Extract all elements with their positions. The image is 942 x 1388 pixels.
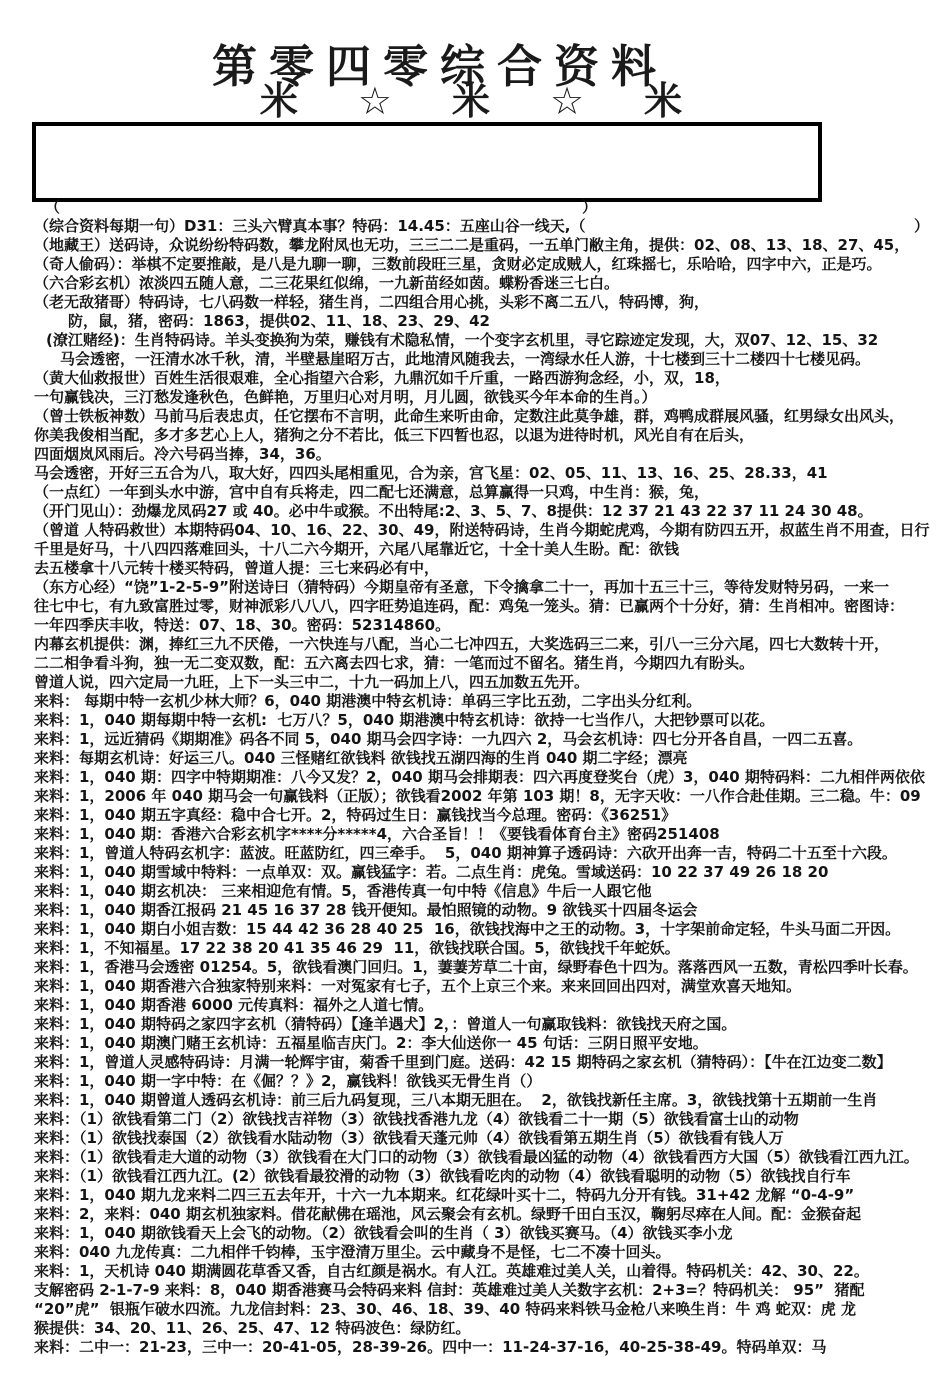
text-line-content: 来料：1，香港马会透密 01254。5，欲钱看澳门回归。1，萋萋芳草二十亩，绿野… [34, 958, 918, 977]
text-line: 来料：1，040 期曾道人透码玄机诗：前三后九码复现，三八本期无胆在。 2，欲钱… [34, 1091, 936, 1110]
text-line-content: 支解密码 2-1-7-9 来料：8，040 期香港赛马会特码来料 信封：英雄难过… [34, 1281, 864, 1300]
text-line: 二二相争看斗狗，独一无二变双数，配：五六离去四七求，猜：一笔而过不留名。猪生肖，… [34, 654, 936, 673]
text-line: 来料：1，040 期香江报码 21 45 16 37 28 钱开便知。最怕照镜的… [34, 901, 936, 920]
text-line-content: （曾道 人特码救世）本期特码04、10、16、22、30、49，附送特码诗，生肖… [34, 521, 929, 540]
text-line-content: 来料：1，2006 年 040 期马会一句赢钱料（正版）；欲钱看2002 年第 … [34, 787, 921, 806]
text-line: 来料：1，040 期每期中特一玄机: 七万八？5，040 期港澳中特玄机诗：欲持… [34, 711, 936, 730]
text-line: (潦江赌经)：生肖特码诗。羊头变换狗为荣，赚钱有术隐私情，一个变字玄机里，寻它踪… [34, 331, 936, 350]
text-line: 千里是好马，十八四四落难回头，十八二六今期开，六尾八尾靠近它，十全十美人生盼。配… [34, 540, 936, 559]
text-line: （奇人偷码）：举棋不定要推敲，是八是九聊一聊，三数前段旺三星，贪财必定成贼人，红… [34, 255, 936, 274]
text-line: 来料：1，天机诗 040 期满圆花草香又香，自古红颜是祸水。有人江。英雄难过美人… [34, 1262, 936, 1281]
text-line: 内幕玄机提供：渊，捧红三九不厌倦，一六快连与八配，当心二七冲四五，大奖选码三二来… [34, 635, 936, 654]
text-line: （曾道 人特码救世）本期特码04、10、16、22、30、49，附送特码诗，生肖… [34, 521, 936, 540]
text-line-content: 来料：1，曾道人灵感特码诗：月满一轮辉宇宙，菊香千里到门庭。送码：42 15 期… [34, 1053, 892, 1072]
text-line: （东方心经）“饶”1-2-5-9”附送诗曰（猜特码）今期皇帝有圣意，下令擒拿二十… [34, 578, 936, 597]
text-line-content: 来料：1，040 期香江报码 21 45 16 37 28 钱开便知。最怕照镜的… [34, 901, 697, 920]
text-line: 去五楼拿十八元转十楼买特码，曾道人提：三七来码必有中， [34, 559, 936, 578]
text-line-content: （综合资料每期一句）D31：三头六臂真本事？特码：14.45：五座山谷一线天,（ [34, 217, 585, 236]
text-line-content: 防，鼠，猪，密码：1863，提供02、11、18、23、29、42 [34, 312, 490, 331]
text-line: 来料：二中一：21-23，三中一：20-41-05，28-39-26。四中一：1… [34, 1338, 936, 1357]
text-line: 来料：（1）欲钱看第二门（2）欲钱找吉祥物（3）欲钱找香港九龙（4）欲钱看二十一… [34, 1110, 936, 1129]
text-line: 来料：1，040 期雪域中特料：一点单双：双。赢钱猛字：若。二点生肖：虎兔。雪域… [34, 863, 936, 882]
text-line-content: 来料：1，040 期一字中特：在《倔？？》2，赢钱料！欲钱买无骨生肖（） [34, 1072, 541, 1091]
text-line: （开门见山）：劲爆龙凤码27 或 40。必中牛或猴。不出特尾:2、3、5、7、8… [34, 502, 936, 521]
empty-box [32, 122, 822, 202]
text-line: （） [34, 198, 936, 217]
text-line-content: 来料：1，040 期：四字中特期期准：八今又发？2，040 期马会排期表：四六再… [34, 768, 925, 787]
symbol-row: 米☆米☆米 [0, 82, 942, 120]
text-line-content: 千里是好马，十八四四落难回头，十八二六今期开，六尾八尾靠近它，十全十美人生盼。配… [34, 540, 679, 559]
text-line-content: 来料：1，040 期曾道人透码玄机诗：前三后九码复现，三八本期无胆在。 2，欲钱… [34, 1091, 877, 1110]
text-line: 来料：1，香港马会透密 01254。5，欲钱看澳门回归。1，萋萋芳草二十亩，绿野… [34, 958, 936, 977]
text-line: 你美我俊相当配，多才多艺心上人，猪狗之分不若比，低三下四暂也忍，以退为进待时机，… [34, 426, 936, 445]
asterisk-icon: 米 [260, 82, 298, 120]
text-line: 来料：1，040 期白小姐吉数：15 44 42 36 28 40 25 16，… [34, 920, 936, 939]
text-line-content: 来料：1，不知福星。17 22 38 20 41 35 46 29 11，欲钱找… [34, 939, 680, 958]
text-line-content: 来料：1，040 期每期中特一玄机: 七万八？5，040 期港澳中特玄机诗：欲持… [34, 711, 774, 730]
text-line: 往七中七，有九致富胜过零，财神派彩八八八，四字旺势追连码，配：鸡兔一笼头。猜：已… [34, 597, 936, 616]
text-line-content: 来料：（1）欲钱看走大道的动物（3）欲钱看在大门口的动物（3）欲钱看最凶猛的动物… [34, 1148, 919, 1167]
text-line: 马会透密，开好三五合为八，取大好，四四头尾相重见，合为亲，宫飞星：02、05、1… [34, 464, 936, 483]
text-line-content: 来料：1，040 期九龙来料二四三五去年开，十六一九本期来。红花绿叶买十二，特码… [34, 1186, 854, 1205]
asterisk-icon: 米 [452, 82, 490, 120]
text-line: 来料：1，040 期：四字中特期期准：八今又发？2，040 期马会排期表：四六再… [34, 768, 936, 787]
text-line: “20”虎” 银瓶乍破水四流。九龙信封料：23、30、46、18、39、40 特… [34, 1300, 936, 1319]
text-line-content: （曾士铁板神数）马前马后表忠贞，任它摆布不言明，此命生来听由命，定数注此莫争雄，… [34, 407, 904, 426]
text-line-content: （东方心经）“饶”1-2-5-9”附送诗曰（猜特码）今期皇帝有圣意，下令擒拿二十… [34, 578, 889, 597]
text-line-content: 来料： 每期中特一玄机少林大师？6，040 期港澳中特玄机诗：单码三字比五劲，二… [34, 692, 701, 711]
text-line: （老无敌猪哥）特码诗，七八码数一样轻，猪生肖，二四组合用心挑，头彩不离二五八，特… [34, 293, 936, 312]
text-line: 一年四季庆丰收，特送：07、18、30。密码：52314860。 [34, 616, 936, 635]
text-line: 来料：1，040 期香港六合独家特别来料：一对冤家有七子，五个上京三个来。来来回… [34, 977, 936, 996]
text-line: 猴提供：34、20、11、26、25、47、12 特码波色：绿防红。 [34, 1319, 936, 1338]
text-line-content: 二二相争看斗狗，独一无二变双数，配：五六离去四七求，猜：一笔而过不留名。猪生肖，… [34, 654, 754, 673]
text-line-content: 来料：1，040 期特码之家四字玄机（猜特码）【逢羊遇犬】2，：曾道人一句赢取钱… [34, 1015, 736, 1034]
text-line: 来料：1，040 期五字真经：稳中合七开。2，特码过生日：赢钱找当今总理。密码：… [34, 806, 936, 825]
text-line-content: 马会透密，开好三五合为八，取大好，四四头尾相重见，合为亲，宫飞星：02、05、1… [34, 464, 828, 483]
text-line-content: （六合彩玄机）浓淡四五随人意，二三花果红似绵，一九新苗经如茵。蝶粉香迷三七白。 [34, 274, 619, 293]
text-line: （六合彩玄机）浓淡四五随人意，二三花果红似绵，一九新苗经如茵。蝶粉香迷三七白。 [34, 274, 936, 293]
text-line: 来料：040 九龙传真：二九相伴千钧棒，玉宇澄清万里尘。云中藏身不是怪，七二不凑… [34, 1243, 936, 1262]
text-line-content: (潦江赌经)：生肖特码诗。羊头变换狗为荣，赚钱有术隐私情，一个变字玄机里，寻它踪… [34, 331, 878, 350]
text-line-content: 来料：二中一：21-23，三中一：20-41-05，28-39-26。四中一：1… [34, 1338, 826, 1357]
text-line-content: 来料：每期玄机诗：好运三八。040 三怪赌红欲钱料 欲钱找五湖四海的生肖 040… [34, 749, 688, 768]
text-line-content: 去五楼拿十八元转十楼买特码，曾道人提：三七来码必有中， [34, 559, 439, 578]
text-line-content: 来料：2，来料：040 期玄机独家料。借花献佛在瑶池，风云聚会有玄机。绿野千田白… [34, 1205, 861, 1224]
text-line-content: （黄大仙救报世）百姓生活很艰难，全心指望六合彩，九鼎沉如千斤重，一路西游狗念经，… [34, 369, 730, 388]
text-line: 来料：2，来料：040 期玄机独家料。借花献佛在瑶池，风云聚会有玄机。绿野千田白… [34, 1205, 936, 1224]
text-line: 来料：每期玄机诗：好运三八。040 三怪赌红欲钱料 欲钱找五湖四海的生肖 040… [34, 749, 936, 768]
text-line-content: 猴提供：34、20、11、26、25、47、12 特码波色：绿防红。 [34, 1319, 470, 1338]
text-line-content: 来料：1，040 期玄机决： 三来相迎危有情。5，香港传真一句中特《信息》牛后一… [34, 882, 652, 901]
text-line: 四面烟岚风雨后。冷六号码当捧，34，36。 [34, 445, 936, 464]
text-line-content: 来料：1，远近猜码《期期准》码各不同 5，040 期马会四字诗：一九四六 2，马… [34, 730, 862, 749]
text-line-content: 来料：1，040 期香港六合独家特别来料：一对冤家有七子，五个上京三个来。来来回… [34, 977, 801, 996]
text-line-content: 来料：1，040 期白小姐吉数：15 44 42 36 28 40 25 16，… [34, 920, 900, 939]
closing-paren: ） [582, 198, 597, 217]
text-line-content: 你美我俊相当配，多才多艺心上人，猪狗之分不若比，低三下四暂也忍，以退为进待时机，… [34, 426, 754, 445]
text-line: （一点红）一年到头水中游，宫中自有兵将走，四二配七还满意，总算赢得一只鸡，中生肖… [34, 483, 936, 502]
text-line: 防，鼠，猪，密码：1863，提供02、11、18、23、29、42 [34, 312, 936, 331]
text-line: 来料： 每期中特一玄机少林大师？6，040 期港澳中特玄机诗：单码三字比五劲，二… [34, 692, 936, 711]
text-line-content: 往七中七，有九致富胜过零，财神派彩八八八，四字旺势追连码，配：鸡兔一笼头。猜：已… [34, 597, 904, 616]
closing-paren: ） [914, 217, 929, 236]
text-line-content: 来料：1，040 期澳门赌王玄机诗：五福星临吉庆门。2：李大仙送你一 45 句话… [34, 1034, 708, 1053]
text-line-content: 来料：1，040 期雪域中特料：一点单双：双。赢钱猛字：若。二点生肖：虎兔。雪域… [34, 863, 828, 882]
text-line-content: 来料：1，天机诗 040 期满圆花草香又香，自古红颜是祸水。有人江。英雄难过美人… [34, 1262, 869, 1281]
text-line: 一句赢钱决，三汀愁发逢秋色，色鲜艳，万里归心对月明，月儿圆，欲钱买今年本命的生肖… [34, 388, 936, 407]
text-line-content: （ [34, 198, 60, 217]
text-line-content: 一句赢钱决，三汀愁发逢秋色，色鲜艳，万里归心对月明，月儿圆，欲钱买今年本命的生肖… [34, 388, 657, 407]
text-line-content: 马会透密，一汪清水冰千秋，清，半壁悬崖昭万古，此地清风随我去，一湾绿水任人游，十… [34, 350, 870, 369]
text-line-content: （老无敌猪哥）特码诗，七八码数一样轻，猪生肖，二四组合用心挑，头彩不离二五八，特… [34, 293, 709, 312]
text-line: （地藏王）送码诗，众说纷纷特码数，攀龙附凤也无功，三三二二是重码，一五单门敝主角… [34, 236, 936, 255]
text-line: 支解密码 2-1-7-9 来料：8，040 期香港赛马会特码来料 信封：英雄难过… [34, 1281, 936, 1300]
text-line: 来料：1，040 期香港 6000 元传真料：福外之人道七情。 [34, 996, 936, 1015]
text-line: 来料：（1）欲钱看走大道的动物（3）欲钱看在大门口的动物（3）欲钱看最凶猛的动物… [34, 1148, 936, 1167]
text-line: 来料：（1）欲钱看江西九江。(2）欲钱看最狡滑的动物（3）欲钱看吃肉的动物（4）… [34, 1167, 936, 1186]
asterisk-icon: 米 [644, 82, 682, 120]
text-line-content: “20”虎” 银瓶乍破水四流。九龙信封料：23、30、46、18、39、40 特… [34, 1300, 856, 1319]
text-line: 来料：（1）欲钱找泰国（2）欲钱看水陆动物（3）欲钱看天蓬元帅（4）欲钱看第五期… [34, 1129, 936, 1148]
text-line-content: （奇人偷码）：举棋不定要推敲，是八是九聊一聊，三数前段旺三星，贪财必定成贼人，红… [34, 255, 882, 274]
text-line-content: 来料：1，040 期：香港六合彩玄机字****分*****4，六合圣旨！！《要钱… [34, 825, 720, 844]
text-line-content: 来料：（1）欲钱看江西九江。(2）欲钱看最狡滑的动物（3）欲钱看吃肉的动物（4）… [34, 1167, 851, 1186]
text-line-content: 曾道人说，四六定局一九旺，上下一头三中二，十九一码加上八，四五加数五先开。 [34, 673, 589, 692]
text-line-content: 来料：1，040 期香港 6000 元传真料：福外之人道七情。 [34, 996, 433, 1015]
text-line: 来料：1，曾道人特码玄机字：蓝波。旺蓝防红，四三牵手。 5，040 期神算子透码… [34, 844, 936, 863]
text-line-content: 来料：（1）欲钱找泰国（2）欲钱看水陆动物（3）欲钱看天蓬元帅（4）欲钱看第五期… [34, 1129, 784, 1148]
text-line: （曾士铁板神数）马前马后表忠贞，任它摆布不言明，此命生来听由命，定数注此莫争雄，… [34, 407, 936, 426]
text-line: （黄大仙救报世）百姓生活很艰难，全心指望六合彩，九鼎沉如千斤重，一路西游狗念经，… [34, 369, 936, 388]
text-line-content: 来料：1，曾道人特码玄机字：蓝波。旺蓝防红，四三牵手。 5，040 期神算子透码… [34, 844, 897, 863]
text-line-content: 一年四季庆丰收，特送：07、18、30。密码：52314860。 [34, 616, 450, 635]
text-line-content: （地藏王）送码诗，众说纷纷特码数，攀龙附凤也无功，三三二二是重码，一五单门敝主角… [34, 236, 909, 255]
text-line: 来料：1，曾道人灵感特码诗：月满一轮辉宇宙，菊香千里到门庭。送码：42 15 期… [34, 1053, 936, 1072]
page: 第零四零综合资料 米☆米☆米 （）（综合资料每期一句）D31：三头六臂真本事？特… [0, 0, 942, 1388]
text-line-content: 四面烟岚风雨后。冷六号码当捧，34，36。 [34, 445, 331, 464]
star-icon: ☆ [358, 82, 392, 120]
text-line-content: （一点红）一年到头水中游，宫中自有兵将走，四二配七还满意，总算赢得一只鸡，中生肖… [34, 483, 709, 502]
text-line: 来料：1，2006 年 040 期马会一句赢钱料（正版）；欲钱看2002 年第 … [34, 787, 936, 806]
text-line-content: 来料：1，040 期欲钱看天上会飞的动物。（2）欲钱看会叫的生肖（ 3）欲钱买赛… [34, 1224, 733, 1243]
text-line: 来料：1，040 期玄机决： 三来相迎危有情。5，香港传真一句中特《信息》牛后一… [34, 882, 936, 901]
text-line-content: 来料：（1）欲钱看第二门（2）欲钱找吉祥物（3）欲钱找香港九龙（4）欲钱看二十一… [34, 1110, 799, 1129]
text-line: （综合资料每期一句）D31：三头六臂真本事？特码：14.45：五座山谷一线天,（… [34, 217, 936, 236]
text-line: 来料：1，不知福星。17 22 38 20 41 35 46 29 11，欲钱找… [34, 939, 936, 958]
text-line: 来料：1，040 期澳门赌王玄机诗：五福星临吉庆门。2：李大仙送你一 45 句话… [34, 1034, 936, 1053]
text-line: 马会透密，一汪清水冰千秋，清，半壁悬崖昭万古，此地清风随我去，一湾绿水任人游，十… [34, 350, 936, 369]
text-line: 来料：1，远近猜码《期期准》码各不同 5，040 期马会四字诗：一九四六 2，马… [34, 730, 936, 749]
text-line: 来料：1，040 期：香港六合彩玄机字****分*****4，六合圣旨！！《要钱… [34, 825, 936, 844]
text-line: 来料：1，040 期欲钱看天上会飞的动物。（2）欲钱看会叫的生肖（ 3）欲钱买赛… [34, 1224, 936, 1243]
document-body: （）（综合资料每期一句）D31：三头六臂真本事？特码：14.45：五座山谷一线天… [34, 198, 936, 1357]
star-icon: ☆ [550, 82, 584, 120]
text-line: 来料：1，040 期九龙来料二四三五去年开，十六一九本期来。红花绿叶买十二，特码… [34, 1186, 936, 1205]
text-line: 曾道人说，四六定局一九旺，上下一头三中二，十九一码加上八，四五加数五先开。 [34, 673, 936, 692]
text-line-content: 内幕玄机提供：渊，捧红三九不厌倦，一六快连与八配，当心二七冲四五，大奖选码三二来… [34, 635, 889, 654]
text-line: 来料：1，040 期一字中特：在《倔？？》2，赢钱料！欲钱买无骨生肖（） [34, 1072, 936, 1091]
text-line: 来料：1，040 期特码之家四字玄机（猜特码）【逢羊遇犬】2，：曾道人一句赢取钱… [34, 1015, 936, 1034]
text-line-content: （开门见山）：劲爆龙凤码27 或 40。必中牛或猴。不出特尾:2、3、5、7、8… [34, 502, 873, 521]
text-line-content: 来料：040 九龙传真：二九相伴千钧棒，玉宇澄清万里尘。云中藏身不是怪，七二不凑… [34, 1243, 671, 1262]
text-line-content: 来料：1，040 期五字真经：稳中合七开。2，特码过生日：赢钱找当今总理。密码：… [34, 806, 676, 825]
